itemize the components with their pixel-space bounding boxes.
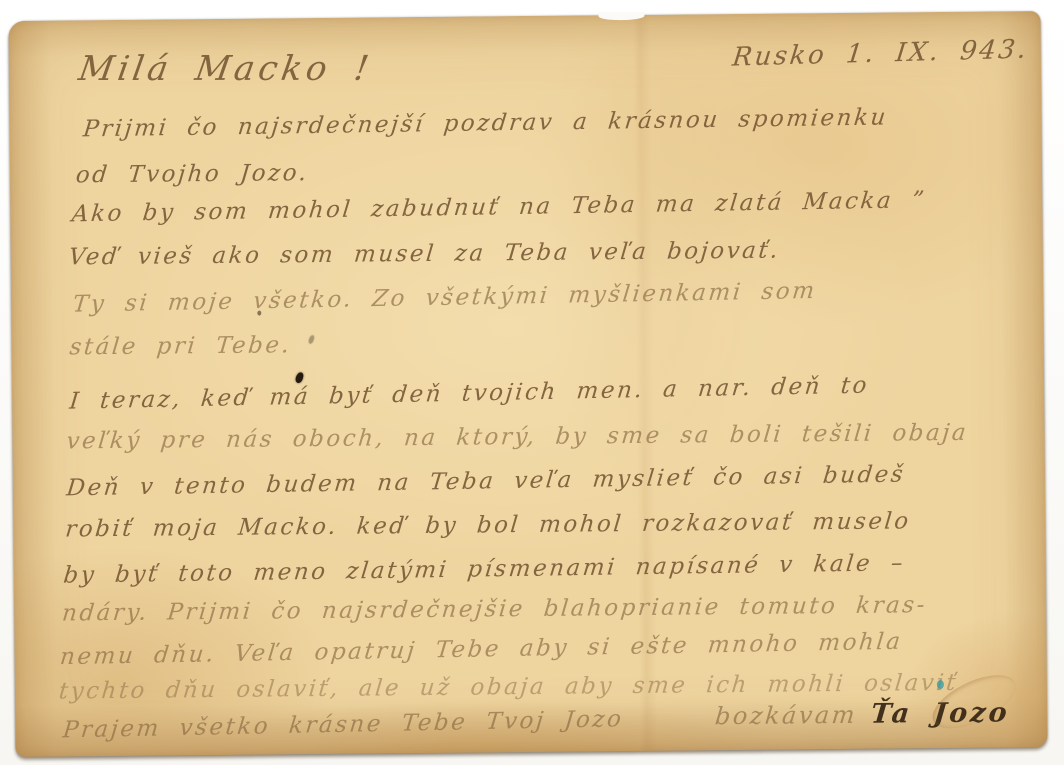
ink-fleck: [937, 680, 944, 689]
ink-blot: [295, 371, 305, 383]
letter-line: robiť moja Macko. keď by bol mohol rozka…: [64, 508, 912, 542]
letter-line: Deň v tento budem na Teba veľa myslieť č…: [65, 461, 906, 501]
letter-line: Prajem všetko krásne Tebe Tvoj Jozo: [62, 706, 625, 743]
letter-line: by byť toto meno zlatými písmenami napís…: [62, 550, 906, 589]
letter-line: stále pri Tebe.: [68, 332, 292, 360]
ink-blot: [257, 311, 261, 316]
postcard: Rusko 1. IX. 943. Milá Macko ! Prijmi čo…: [8, 11, 1047, 757]
letter-line: Ako by som mohol zabudnuť na Teba ma zla…: [71, 187, 928, 227]
letter-line: Prijmi čo najsrdečnejší pozdrav a krásno…: [82, 104, 889, 142]
letter-line: od Tvojho Jozo.: [75, 160, 310, 188]
dateline: Rusko 1. IX. 943.: [731, 35, 1030, 73]
scan-background: Rusko 1. IX. 943. Milá Macko ! Prijmi čo…: [0, 0, 1064, 765]
letter-line: Veď vieš ako som musel za Teba veľa bojo…: [68, 238, 782, 271]
letter-line: veľký pre nás oboch, na ktorý, by sme sa…: [65, 420, 969, 455]
closing-word: bozkávam: [714, 701, 859, 730]
letter-line: Ty si moje všetko. Zo všetkými myšlienka…: [71, 278, 817, 318]
letter-line: nemu dňu. Veľa opatruj Tebe aby si ešte …: [59, 629, 904, 670]
letter-line: I teraz, keď má byť deň tvojich men. a n…: [68, 373, 870, 415]
letter-line: ndáry. Prijmi čo najsrdečnejšie blahopri…: [61, 592, 928, 626]
paper-tear: [598, 12, 644, 20]
salutation: Milá Macko !: [76, 49, 375, 89]
